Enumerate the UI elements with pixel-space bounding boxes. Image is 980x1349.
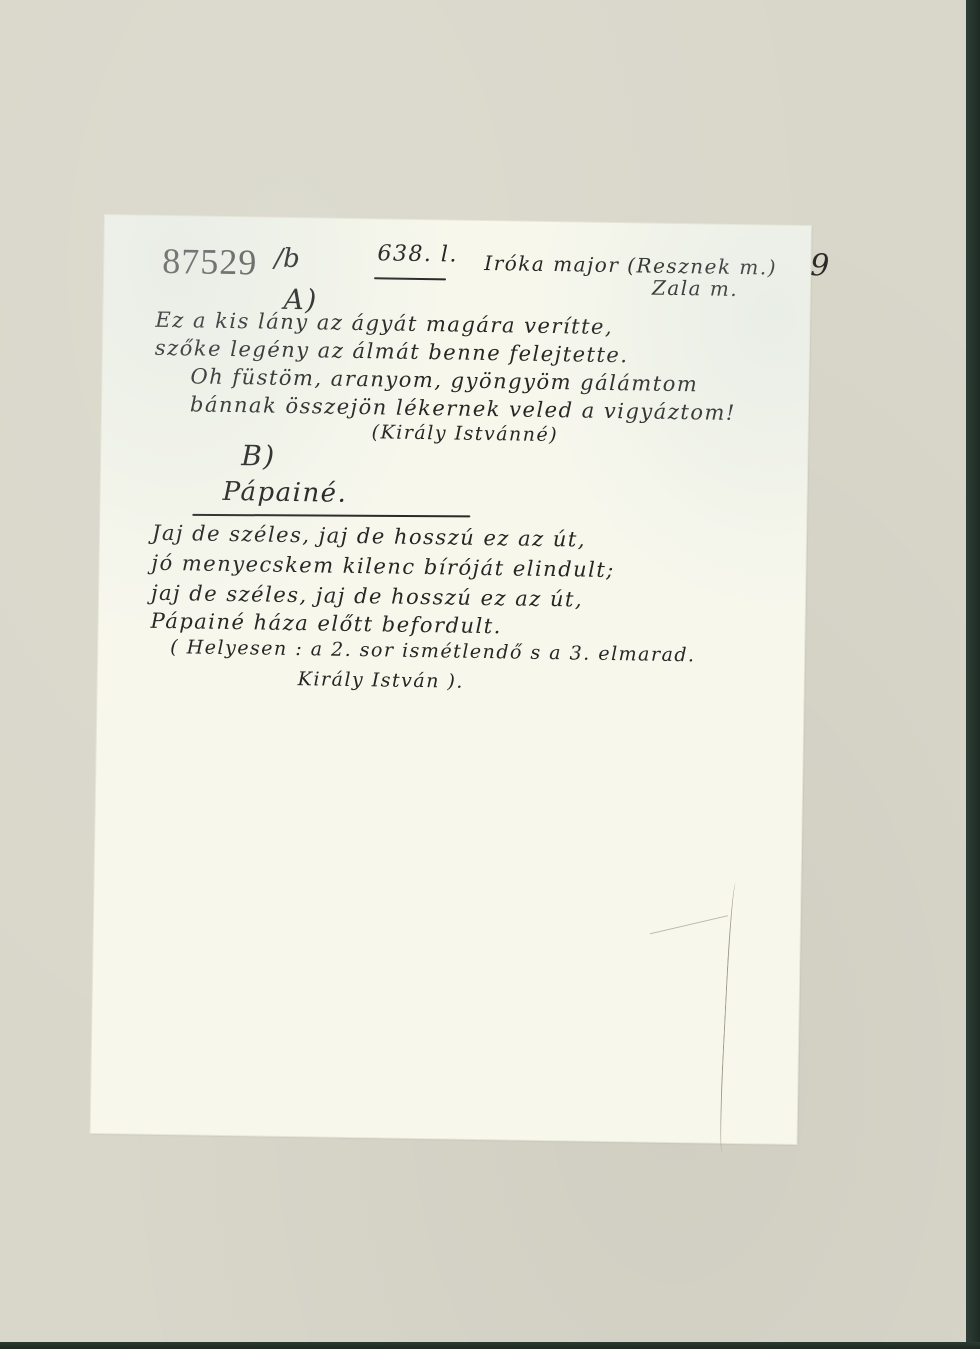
- manuscript-sheet: 87529 /b 638. l. Iróka major (Resznek m.…: [91, 215, 811, 1144]
- verse-a-line-1: Ez a kis lány az ágyát magára verítte,: [155, 308, 613, 339]
- verse-b-line-3: jaj de széles, jaj de hosszú ez az út,: [151, 581, 583, 612]
- section-b-note: ( Helyesen : a 2. sor ismétlendő s a 3. …: [170, 636, 696, 666]
- catalog-underline: [374, 277, 446, 280]
- scanner-edge-bottom: [0, 1342, 980, 1349]
- archive-stamp-number: 87529: [162, 240, 258, 283]
- place-line-1: Iróka major (Resznek m.): [484, 251, 777, 280]
- section-b-attribution: Király István ).: [298, 668, 465, 693]
- section-b-label: B): [241, 439, 276, 473]
- song-title: Pápainé.: [222, 477, 347, 509]
- verse-a-line-3: Oh füstöm, aranyom, gyöngyöm gálámtom: [190, 364, 698, 396]
- corner-mark: 9: [810, 248, 830, 283]
- place-line-2: Zala m.: [652, 276, 739, 301]
- section-a-attribution: (Király Istvánné): [371, 421, 558, 446]
- verse-a-line-2: szőke legény az álmát benne felejtette.: [155, 336, 629, 367]
- catalog-number: 638. l.: [377, 241, 458, 267]
- title-underline: [192, 514, 470, 517]
- verse-b-line-1: Jaj de széles, jaj de hosszú ez az út,: [152, 521, 586, 552]
- verse-b-line-2: jó menyecskem kilenc bíróját elindult;: [151, 551, 615, 582]
- verse-a-line-4: bánnak összejön lékernek veled a vigyázt…: [190, 392, 736, 425]
- scanner-edge-right: [966, 0, 980, 1349]
- paper-crease: [650, 915, 728, 934]
- verse-b-line-4: Pápainé háza előtt befordult.: [150, 609, 502, 639]
- archive-stamp-suffix: /b: [274, 244, 300, 274]
- paper-tear-line: [718, 883, 743, 1153]
